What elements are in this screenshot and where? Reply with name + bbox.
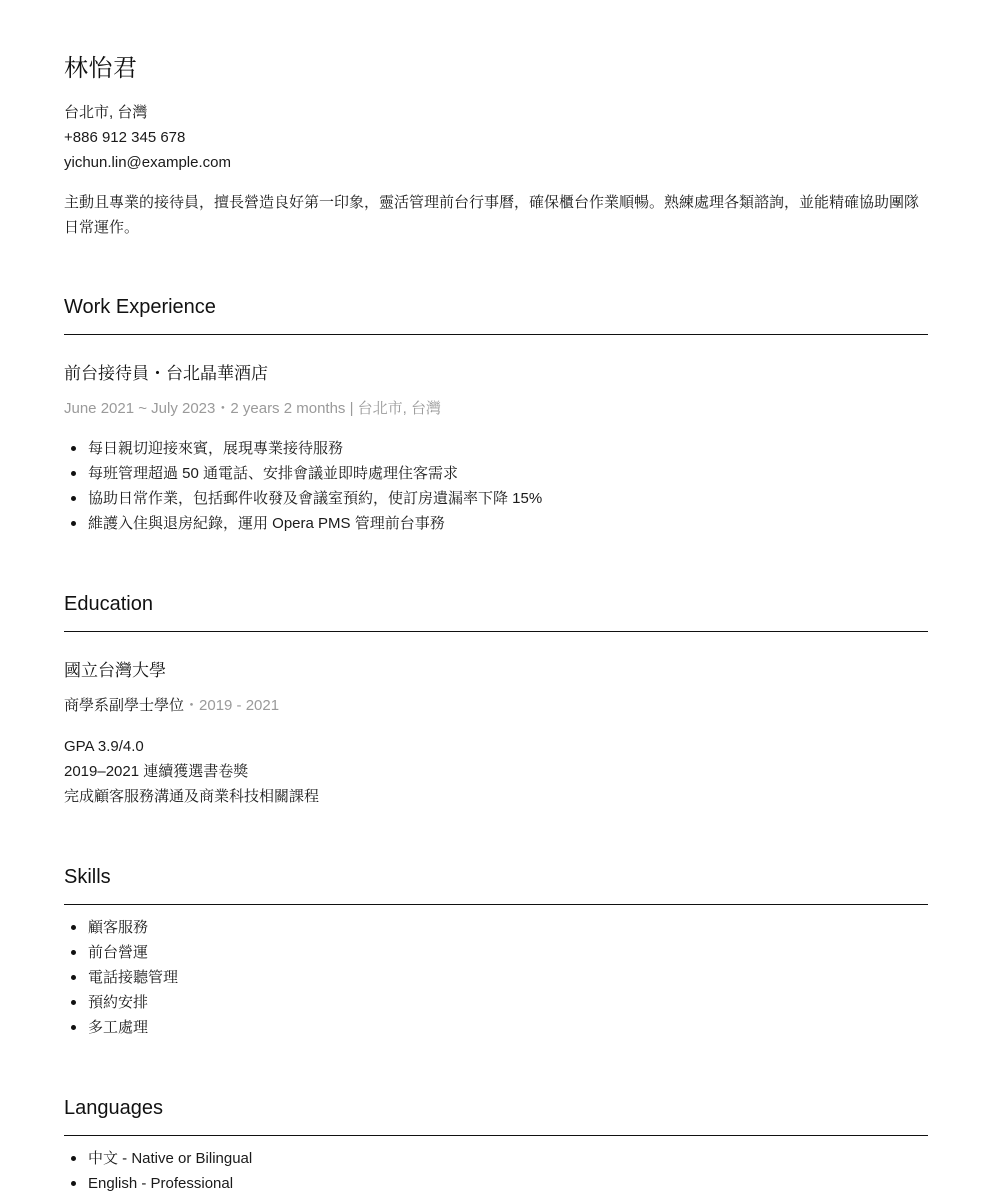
list-item: 每日親切迎接來賓，展現專業接待服務 xyxy=(88,436,928,461)
resume-header: 林怡君 台北市, 台灣 +886 912 345 678 yichun.lin@… xyxy=(64,52,928,240)
education-entry: 國立台灣大學 商學系副學士學位・2019 - 2021 GPA 3.9/4.0 … xyxy=(64,657,928,809)
section-work-experience: Work Experience 前台接待員・台北晶華酒店 June 2021 ~… xyxy=(64,293,928,536)
summary: 主動且專業的接待員，擅長營造良好第一印象，靈活管理前台行事曆，確保櫃台作業順暢。… xyxy=(64,190,928,240)
job-bullets: 每日親切迎接來賓，展現專業接待服務 每班管理超過 50 通電話、安排會議並即時處… xyxy=(64,436,928,536)
degree-years: ・2019 - 2021 xyxy=(184,697,279,714)
languages-list: 中文 - Native or Bilingual English - Profe… xyxy=(64,1146,928,1196)
work-entry: 前台接待員・台北晶華酒店 June 2021 ~ July 2023・2 yea… xyxy=(64,360,928,536)
education-detail: GPA 3.9/4.0 xyxy=(64,734,928,759)
education-detail: 完成顧客服務溝通及商業科技相關課程 xyxy=(64,784,928,809)
list-item: 多工處理 xyxy=(88,1015,928,1040)
job-meta: June 2021 ~ July 2023・2 years 2 months |… xyxy=(64,396,928,421)
section-education: Education 國立台灣大學 商學系副學士學位・2019 - 2021 GP… xyxy=(64,590,928,809)
section-skills: Skills 顧客服務 前台營運 電話接聽管理 預約安排 多工處理 xyxy=(64,863,928,1040)
list-item: English - Professional xyxy=(88,1171,928,1196)
degree: 商學系副學士學位 xyxy=(64,697,184,714)
section-title: Skills xyxy=(64,863,928,905)
list-item: 前台營運 xyxy=(88,940,928,965)
section-title: Work Experience xyxy=(64,293,928,335)
list-item: 中文 - Native or Bilingual xyxy=(88,1146,928,1171)
education-details: GPA 3.9/4.0 2019–2021 連續獲選書卷獎 完成顧客服務溝通及商… xyxy=(64,734,928,809)
skills-list: 顧客服務 前台營運 電話接聽管理 預約安排 多工處理 xyxy=(64,915,928,1040)
location: 台北市, 台灣 xyxy=(64,100,928,125)
section-languages: Languages 中文 - Native or Bilingual Engli… xyxy=(64,1094,928,1196)
section-title: Education xyxy=(64,590,928,632)
list-item: 每班管理超過 50 通電話、安排會議並即時處理住客需求 xyxy=(88,461,928,486)
degree-meta: 商學系副學士學位・2019 - 2021 xyxy=(64,693,928,718)
job-heading: 前台接待員・台北晶華酒店 xyxy=(64,360,928,388)
list-item: 電話接聽管理 xyxy=(88,965,928,990)
list-item: 維護入住與退房紀錄，運用 Opera PMS 管理前台事務 xyxy=(88,511,928,536)
education-detail: 2019–2021 連續獲選書卷獎 xyxy=(64,759,928,784)
resume-page: 林怡君 台北市, 台灣 +886 912 345 678 yichun.lin@… xyxy=(0,0,992,1196)
list-item: 顧客服務 xyxy=(88,915,928,940)
candidate-name: 林怡君 xyxy=(64,52,928,86)
section-title: Languages xyxy=(64,1094,928,1136)
email: yichun.lin@example.com xyxy=(64,150,928,175)
list-item: 預約安排 xyxy=(88,990,928,1015)
phone: +886 912 345 678 xyxy=(64,125,928,150)
school-name: 國立台灣大學 xyxy=(64,657,928,685)
list-item: 協助日常作業，包括郵件收發及會議室預約，使訂房遺漏率下降 15% xyxy=(88,486,928,511)
